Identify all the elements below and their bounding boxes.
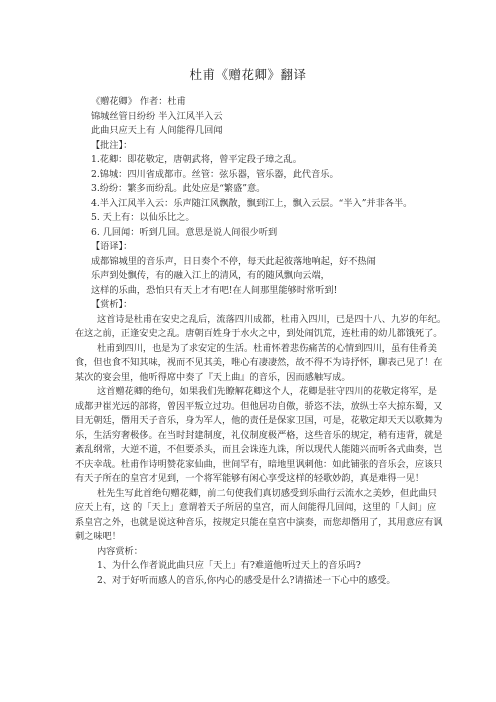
poem-line: 锦城丝管日纷纷 半入江风半入云: [91, 111, 223, 123]
annotation-item: 3.纷纷：繁多而纷乱。此处应是“繁盛”意。: [91, 183, 265, 195]
appreciation-line: 乐，生活穷奢极侈。在当时封建制度，礼仪制度极严格，这些音乐的规定，稍有违背，就是: [75, 430, 443, 442]
appreciation-line: 刺之味吧！: [75, 531, 121, 543]
poem-line: 此曲只应天上有 人间能得几回闻: [91, 125, 223, 137]
appreciation-line: 杜先生写此首绝句赠花卿，前二句使我们真切感受到乐曲行云流水之美妙，但此曲只: [97, 488, 437, 500]
appreciation-line: 这首赠花卿的绝句，如果我们先瞭解花卿这个人，花卿是驻守四川的花敬定将军，是: [97, 386, 437, 398]
translation-line: 这样的乐曲，恐怕只有天上才有吧!在人间那里能够时常听到!: [91, 285, 337, 297]
appreciation-heading: 【赏析】：: [91, 299, 132, 311]
appreciation-line: 目无朝廷，僭用天子音乐，身为军人，他的责任是保家卫国，可是，花敬定却天天以歌舞为: [75, 415, 443, 427]
appreciation-line: 在这之前，正逢安史之乱。唐朝百姓身于水火之中，到处闹饥荒，连杜甫的幼儿都饿死了。: [75, 328, 443, 340]
appreciation-line: 紊乱纲常，大逆不道，不但要杀头，而且会诛连九诛，所以现代人能随兴而听各式曲奏，岂: [75, 444, 443, 456]
appreciation-line: 杜甫到四川，也是为了求安定的生活。杜甫怀着悲伤痛苦的心情到四川，虽有佳肴美: [97, 343, 437, 355]
question-item: 1、为什么作者说此曲只应「天上」有?难道他听过天上的音乐吗?: [97, 560, 361, 572]
page-title: 杜甫《赠花卿》翻译: [0, 65, 496, 83]
appreciation-line: 应天上有，这 的「天上」意谓着天子所居的皇宫，而人间能得几回闻，这里的「人间」应: [75, 502, 436, 514]
appreciation-line: 有天子所在的皇宫才见到，一个将军能够有闲心享受这样的轻歌妙韵，真是难得一见！: [75, 473, 424, 485]
poem-heading: 《赠花卿》 作者：杜甫: [91, 96, 186, 108]
translation-line: 成都锦城里的音乐声，日日奏个不停，每天此起彼落地响起，好不热闹: [91, 256, 376, 268]
document-page: 杜甫《赠花卿》翻译 《赠花卿》 作者：杜甫 锦城丝管日纷纷 半入江风半入云 此曲…: [0, 0, 496, 702]
translation-heading: 【语译】：: [91, 241, 132, 253]
question-item: 2、对于好听而感人的音乐,你内心的感受是什么?请描述一下心中的感受。: [97, 575, 396, 587]
annotation-item: 5. 天上有：以仙乐比之。: [91, 212, 195, 224]
annotation-item: 6. 几回闻：听到几回。意思是说人间很少听到: [91, 227, 277, 239]
appreciation-line: 系皇宫之外，也就是说这种音乐，按规定只能在皇宫中演奏，而您却僭用了，其用意应有讽: [75, 517, 443, 529]
translation-line: 乐声到处飘传，有的融入江上的清风，有的随风飘向云端，: [91, 270, 330, 282]
appreciation-line: 成都尹崔光远的部将，曾因平叛立过功。但他居功自傲，骄恣不法，放纵士卒大掠东蜀，又: [75, 401, 443, 413]
annotation-item: 4.半入江风半入云：乐声随江风飘散，飘到江上，飘入云层。“半入”并非各半。: [91, 198, 412, 210]
appreciation-line: 食，但也食不知其味，视而不见其美，唯心有凄凄然，故不得不为诗抒怀，聊表己见了！在: [75, 357, 443, 369]
questions-heading: 内容赏析：: [97, 546, 143, 558]
appreciation-line: 这首诗是杜甫在安史之乱后，流落四川成都，杜甫入四川，已是四十八、九岁的年纪。: [97, 314, 446, 326]
annotation-item: 1.花卿：即花敬定，唐朝武将，曾平定段子璋之乱。: [91, 154, 302, 166]
appreciation-line: 不庆幸哉。杜甫作诗明赞花家仙曲，世间罕有，暗地里讽刺他：如此铺张的音乐会，应该只: [75, 459, 443, 471]
annotation-item: 2.锦城：四川省成都市。丝管：弦乐器，管乐器，此代音乐。: [91, 169, 339, 181]
appreciation-line: 某次的宴会里，他听得席中奏了『天上曲』的音乐，因而感触写成。: [75, 372, 351, 384]
annotations-heading: 【批注】：: [91, 140, 132, 152]
